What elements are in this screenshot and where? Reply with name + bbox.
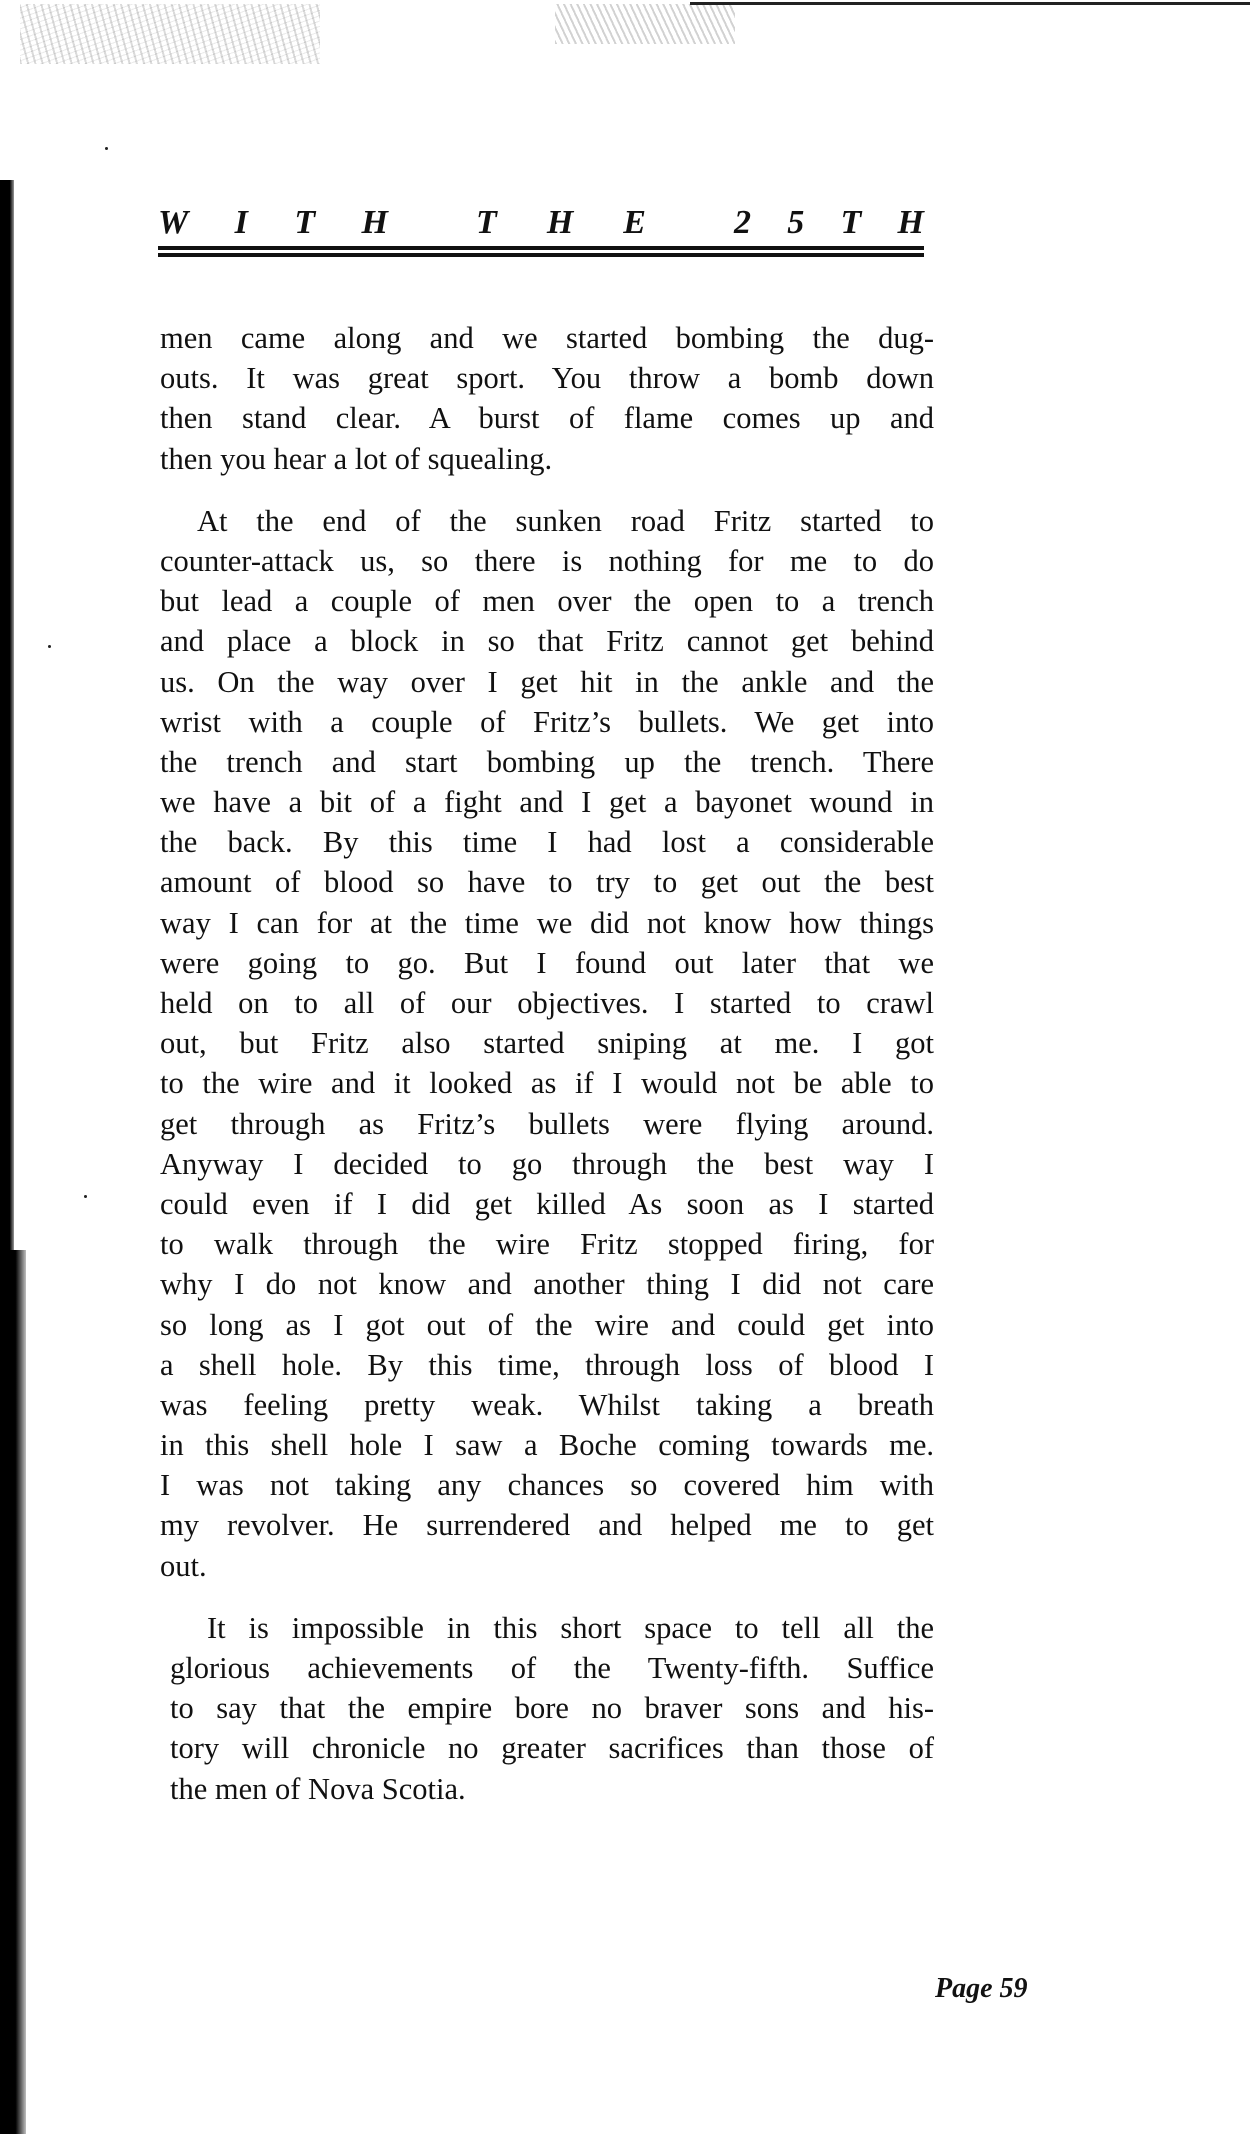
- text-line: tory will chronicle no greater sacrifice…: [170, 1728, 934, 1768]
- scan-speck: [105, 147, 108, 150]
- text-line: could even if I did get killed As soon a…: [160, 1184, 934, 1224]
- text-line: wrist with a couple of Fritz’s bullets. …: [160, 702, 934, 742]
- header-letter: T: [294, 204, 315, 242]
- page-number: Page 59: [935, 1973, 1028, 2005]
- text-line: then you hear a lot of squealing.: [160, 439, 934, 479]
- text-line: so long as I got out of the wire and cou…: [160, 1305, 934, 1345]
- scan-binding-shadow: [0, 1250, 26, 2134]
- text-line: to the wire and it looked as if I would …: [160, 1063, 934, 1103]
- text-line: I was not taking any chances so covered …: [160, 1465, 934, 1505]
- text-line: At the end of the sunken road Fritz star…: [160, 501, 934, 541]
- text-line: the men of Nova Scotia.: [170, 1769, 934, 1809]
- text-line: why I do not know and another thing I di…: [160, 1264, 934, 1304]
- text-line: we have a bit of a fight and I get a bay…: [160, 782, 934, 822]
- header-letter: I: [235, 204, 248, 242]
- text-line: men came along and we started bombing th…: [160, 318, 934, 358]
- header-letter: 2: [734, 204, 751, 242]
- header-letter: E: [623, 204, 646, 242]
- paragraph-3: It is impossible in this short space to …: [170, 1608, 934, 1809]
- text-line: my revolver. He surrendered and helped m…: [160, 1505, 934, 1545]
- paragraph-1: men came along and we started bombing th…: [160, 318, 934, 479]
- header-double-rule: [158, 246, 924, 258]
- scanned-book-page: W I T H T H E 2 5 T H men came along and…: [0, 0, 1250, 2134]
- text-line: but lead a couple of men over the open t…: [160, 581, 934, 621]
- scan-speck: [84, 1195, 87, 1198]
- header-letter: H: [898, 204, 924, 242]
- scan-noise-artifact: [20, 4, 320, 64]
- text-line: outs. It was great sport. You throw a bo…: [160, 358, 934, 398]
- text-line: were going to go. But I found out later …: [160, 943, 934, 983]
- header-letter: 5: [787, 204, 804, 242]
- scan-noise-artifact: [555, 4, 735, 44]
- header-word-the: T H E: [476, 204, 646, 242]
- text-line: and place a block in so that Fritz canno…: [160, 621, 934, 661]
- paragraph-2: At the end of the sunken road Fritz star…: [160, 501, 934, 1586]
- text-line: glorious achievements of the Twenty-fift…: [170, 1648, 934, 1688]
- scan-edge-line: [690, 2, 1250, 5]
- body-text: men came along and we started bombing th…: [160, 318, 934, 1831]
- text-line: amount of blood so have to try to get ou…: [160, 862, 934, 902]
- header-letter: H: [362, 204, 388, 242]
- text-line: out, but Fritz also started sniping at m…: [160, 1023, 934, 1063]
- text-line: a shell hole. By this time, through loss…: [160, 1345, 934, 1385]
- header-letter: W: [158, 204, 188, 242]
- text-line: then stand clear. A burst of flame comes…: [160, 398, 934, 438]
- text-line: out.: [160, 1546, 934, 1586]
- header-letter: T: [841, 204, 862, 242]
- text-line: way I can for at the time we did not kno…: [160, 903, 934, 943]
- header-word-with: W I T H: [158, 204, 388, 242]
- text-line: It is impossible in this short space to …: [170, 1608, 934, 1648]
- text-line: was feeling pretty weak. Whilst taking a…: [160, 1385, 934, 1425]
- header-word-25th: 2 5 T H: [734, 204, 924, 242]
- header-letter: T: [476, 204, 497, 242]
- text-line: the trench and start bombing up the tren…: [160, 742, 934, 782]
- text-line: Anyway I decided to go through the best …: [160, 1144, 934, 1184]
- text-line: the back. By this time I had lost a cons…: [160, 822, 934, 862]
- rule-line: [158, 253, 924, 257]
- text-line: to say that the empire bore no braver so…: [170, 1688, 934, 1728]
- text-line: counter-attack us, so there is nothing f…: [160, 541, 934, 581]
- text-line: held on to all of our objectives. I star…: [160, 983, 934, 1023]
- rule-line: [158, 246, 924, 250]
- text-line: in this shell hole I saw a Boche coming …: [160, 1425, 934, 1465]
- text-line: us. On the way over I get hit in the ank…: [160, 662, 934, 702]
- header-letter: H: [547, 204, 573, 242]
- text-line: to walk through the wire Fritz stopped f…: [160, 1224, 934, 1264]
- text-line: get through as Fritz’s bullets were flyi…: [160, 1104, 934, 1144]
- scan-speck: [48, 645, 51, 648]
- running-header: W I T H T H E 2 5 T H: [158, 192, 924, 242]
